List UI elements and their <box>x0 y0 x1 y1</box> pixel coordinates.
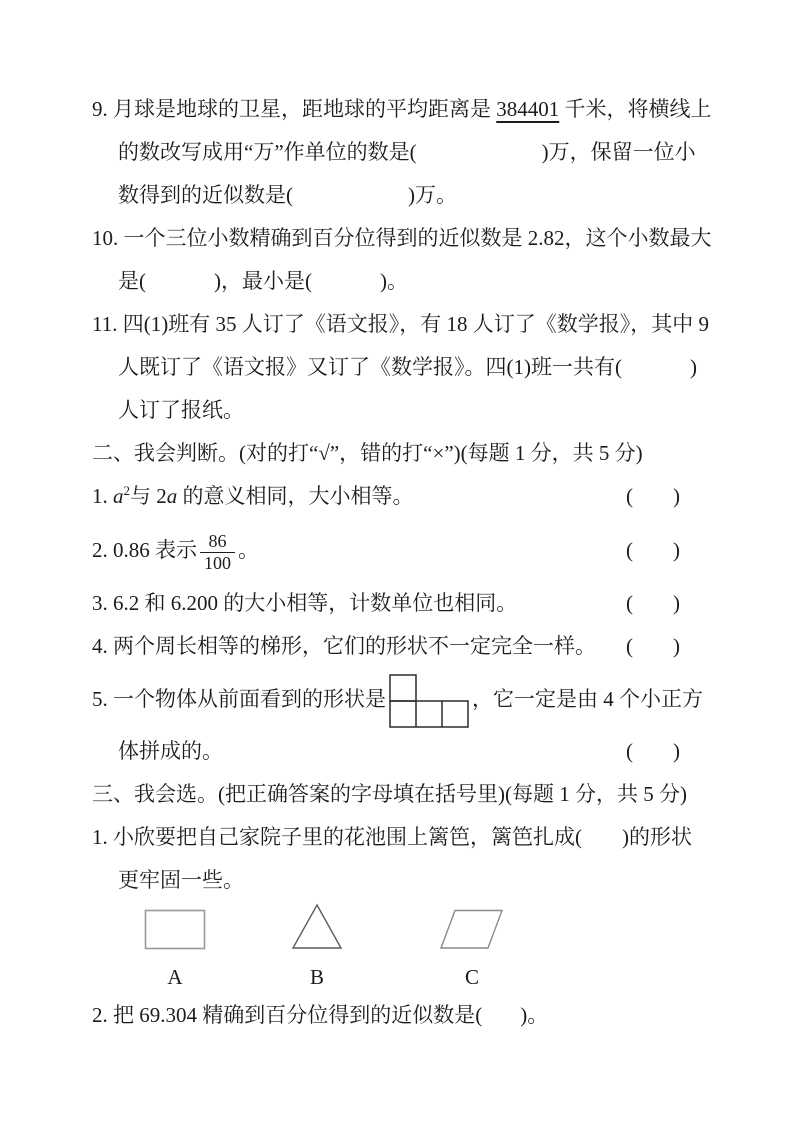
question-text: )，最小是( <box>214 269 312 293</box>
question-text: )万，保留一位小 <box>542 140 696 164</box>
triangle-shape <box>290 902 344 950</box>
question-text: 人订了报纸。 <box>118 398 244 422</box>
question-text: 11. 四(1)班有 35 人订了《语文报》，有 18 人订了《数学报》，其中 … <box>92 312 709 336</box>
question-11-line-1: 11. 四(1)班有 35 人订了《语文报》，有 18 人订了《数学报》，其中 … <box>92 303 690 346</box>
answer-blank <box>482 1020 520 1022</box>
answer-blank <box>146 286 214 288</box>
question-text: )万。 <box>408 183 457 207</box>
option-c: C <box>440 902 504 990</box>
answer-paren: () <box>626 730 690 773</box>
question-text: 人既订了《语文报》又订了《数学报》。四(1)班一共有( <box>118 355 622 379</box>
question-text: 2. 0.86 表示86100。 <box>92 518 259 582</box>
answer-blank <box>633 501 673 503</box>
question-9-line-1: 9. 月球是地球的卫星，距地球的平均距离是 384401 千米，将横线上 <box>92 88 690 131</box>
underlined-number: 384401 <box>496 97 559 121</box>
parallelogram-shape <box>440 902 504 950</box>
choice-question-2: 2. 把 69.304 精确到百分位得到的近似数是()。 <box>92 994 690 1037</box>
question-text: ) <box>690 355 697 379</box>
answer-blank <box>633 608 673 610</box>
question-text: 3. 6.2 和 6.200 的大小相等，计数单位也相同。 <box>92 582 517 625</box>
judge-question-5-line-2: 体拼成的。 () <box>92 730 690 773</box>
question-text: 千米，将横线上 <box>559 97 711 121</box>
question-9-line-3: 数得到的近似数是()万。 <box>118 174 690 217</box>
option-label: B <box>310 964 324 990</box>
answer-blank <box>622 372 690 374</box>
question-text: 10. 一个三位小数精确到百分位得到的近似数是 2.82，这个小数最大 <box>92 226 712 250</box>
option-label: A <box>167 964 182 990</box>
judge-question-3: 3. 6.2 和 6.200 的大小相等，计数单位也相同。 () <box>92 582 690 625</box>
question-text: 数得到的近似数是( <box>118 183 293 207</box>
question-text: 更牢固一些。 <box>118 868 244 892</box>
question-text: 4. 两个周长相等的梯形，它们的形状不一定完全一样。 <box>92 625 596 668</box>
answer-paren: () <box>626 625 690 668</box>
fraction: 86100 <box>200 531 235 573</box>
choice-question-1-line-1: 1. 小欣要把自己家院子里的花池围上篱笆，篱笆扎成()的形状 <box>92 816 690 859</box>
section-title: 二、我会判断。(对的打“√”，错的打“×”)(每题 1 分，共 5 分) <box>92 441 643 465</box>
question-text: 2. 把 69.304 精确到百分位得到的近似数是( <box>92 1003 482 1027</box>
question-11-line-2: 人既订了《语文报》又订了《数学报》。四(1)班一共有() <box>118 346 690 389</box>
answer-blank <box>633 756 673 758</box>
question-text: 5. 一个物体从前面看到的形状是 <box>92 687 386 711</box>
option-label: C <box>465 964 479 990</box>
question-text: )。 <box>520 1003 548 1027</box>
answer-paren: () <box>626 518 690 582</box>
rectangle-shape <box>144 902 206 950</box>
variable-a: a <box>167 484 178 508</box>
option-b: B <box>290 902 344 990</box>
question-10-line-2: 是()，最小是()。 <box>118 260 690 303</box>
question-11-line-3: 人订了报纸。 <box>118 389 690 432</box>
question-text: ，它一定是由 4 个小正方 <box>472 687 703 711</box>
answer-blank <box>582 842 622 844</box>
fraction-numerator: 86 <box>200 531 235 553</box>
question-9-line-2: 的数改写成用“万”作单位的数是()万，保留一位小 <box>118 131 690 174</box>
section-3-header: 三、我会选。(把正确答案的字母填在括号里)(每题 1 分，共 5 分) <box>92 773 690 816</box>
question-text: 1. a2与 2a 的意义相同，大小相等。 <box>92 475 414 518</box>
question-text: 体拼成的。 <box>118 730 223 773</box>
question-10-line-1: 10. 一个三位小数精确到百分位得到的近似数是 2.82，这个小数最大 <box>92 217 690 260</box>
answer-blank <box>312 286 380 288</box>
answer-paren: () <box>626 582 690 625</box>
fraction-denominator: 100 <box>200 553 235 574</box>
section-title: 三、我会选。(把正确答案的字母填在括号里)(每题 1 分，共 5 分) <box>92 782 687 806</box>
tetromino-figure <box>389 674 469 728</box>
judge-question-2: 2. 0.86 表示86100。 () <box>92 518 690 582</box>
answer-blank <box>633 651 673 653</box>
judge-question-5-line-1: 5. 一个物体从前面看到的形状是，它一定是由 4 个小正方 <box>92 668 690 730</box>
answer-blank <box>417 157 542 159</box>
question-text: 1. 小欣要把自己家院子里的花池围上篱笆，篱笆扎成( <box>92 825 582 849</box>
question-text: )的形状 <box>622 825 692 849</box>
choice-question-1-line-2: 更牢固一些。 <box>118 859 690 902</box>
variable-a: a <box>113 484 124 508</box>
answer-paren: () <box>626 475 690 518</box>
option-shapes-row: A B C <box>92 902 690 994</box>
judge-question-1: 1. a2与 2a 的意义相同，大小相等。 () <box>92 475 690 518</box>
option-a: A <box>144 902 206 990</box>
question-text: 的数改写成用“万”作单位的数是( <box>118 140 417 164</box>
question-text: )。 <box>380 269 408 293</box>
answer-blank <box>633 555 673 557</box>
question-text: 9. 月球是地球的卫星，距地球的平均距离是 <box>92 97 496 121</box>
question-text: 是( <box>118 269 146 293</box>
judge-question-4: 4. 两个周长相等的梯形，它们的形状不一定完全一样。 () <box>92 625 690 668</box>
worksheet-page: 9. 月球是地球的卫星，距地球的平均距离是 384401 千米，将横线上 的数改… <box>0 0 793 1037</box>
section-2-header: 二、我会判断。(对的打“√”，错的打“×”)(每题 1 分，共 5 分) <box>92 432 690 475</box>
answer-blank <box>293 200 408 202</box>
